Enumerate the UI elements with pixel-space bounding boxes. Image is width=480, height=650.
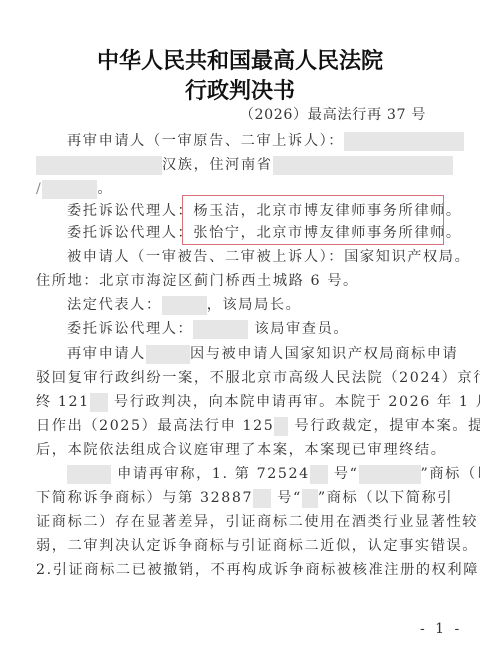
body-p1-l5: 后，本院依法组成合议庭审理了本案，本案现已审理终结。 <box>36 439 448 461</box>
redaction-block <box>274 417 288 436</box>
redaction-block <box>359 465 421 484</box>
redaction-block <box>310 465 328 484</box>
applicant-ethnicity: 汉族，住河南省 <box>162 157 273 173</box>
legal-rep-line: 法定代表人：，该局局长。 <box>67 294 448 316</box>
redaction-block <box>273 156 453 175</box>
applicant-line: 再审申请人（一审原告、二审上诉人）： <box>67 130 448 152</box>
body-p1-l2: 驳回复审行政纠纷一案，不服北京市高级人民法院（2024）京行 <box>36 367 448 389</box>
redaction-block <box>36 156 162 175</box>
resp-agent-line: 委托诉讼代理人： 该局审查员。 <box>67 318 448 340</box>
redaction-block <box>344 132 464 151</box>
body-p1-l4: 日作出（2025）最高法行申 125 号行政裁定，提审本案。提审 <box>36 415 448 437</box>
body-p1-l3: 终 121 号行政判决，向本院申请再审。本院于 2026 年 1 月 9 <box>36 391 448 413</box>
applicant-line-2: 汉族，住河南省 <box>36 154 448 176</box>
court-name: 中华人民共和国最高人民法院 <box>0 44 480 75</box>
document-type-title: 行政判决书 <box>0 74 480 105</box>
redaction-block <box>302 489 318 508</box>
body-p2-l5: 2.引证商标二已被撤销，不再构成诉争商标被核准注册的权利障 <box>36 559 448 581</box>
body-p2-l2: 下简称诉争商标）与第 32887 号“”商标（以下简称引 <box>36 487 448 509</box>
redaction-block <box>253 489 271 508</box>
page-number: - 1 - <box>420 621 462 637</box>
body-p1-l1: 再审申请人因与被申请人国家知识产权局商标申请 <box>67 343 448 365</box>
redaction-block <box>42 180 97 199</box>
respondent-line: 被申请人（一审被告、二审被上诉人）：国家知识产权局。 <box>67 246 448 268</box>
case-number: （2026）最高法行再 37 号 <box>240 104 426 126</box>
redaction-block <box>67 465 111 484</box>
applicant-label: 再审申请人（一审原告、二审上诉人）： <box>67 133 344 149</box>
body-p2-l4: 弱，二审判决认定诉争商标与引证商标二近似，认定事实错误。 <box>36 535 448 557</box>
redaction-block <box>193 320 248 339</box>
highlight-box <box>182 195 444 245</box>
body-p2-l3: 证商标二）存在显著差异，引证商标二使用在酒类行业显著性较 <box>36 511 448 533</box>
redaction-block <box>90 393 108 412</box>
agent-label: 委托诉讼代理人： <box>67 203 193 219</box>
redaction-block <box>162 296 207 315</box>
respondent-address: 住所地：北京市海淀区蓟门桥西土城路 6 号。 <box>36 270 448 292</box>
redaction-block <box>146 345 190 364</box>
body-p2-l1: 申请再审称，1. 第 72524 号“”商标（以 <box>67 463 448 485</box>
agent-label: 委托诉讼代理人： <box>67 225 193 241</box>
